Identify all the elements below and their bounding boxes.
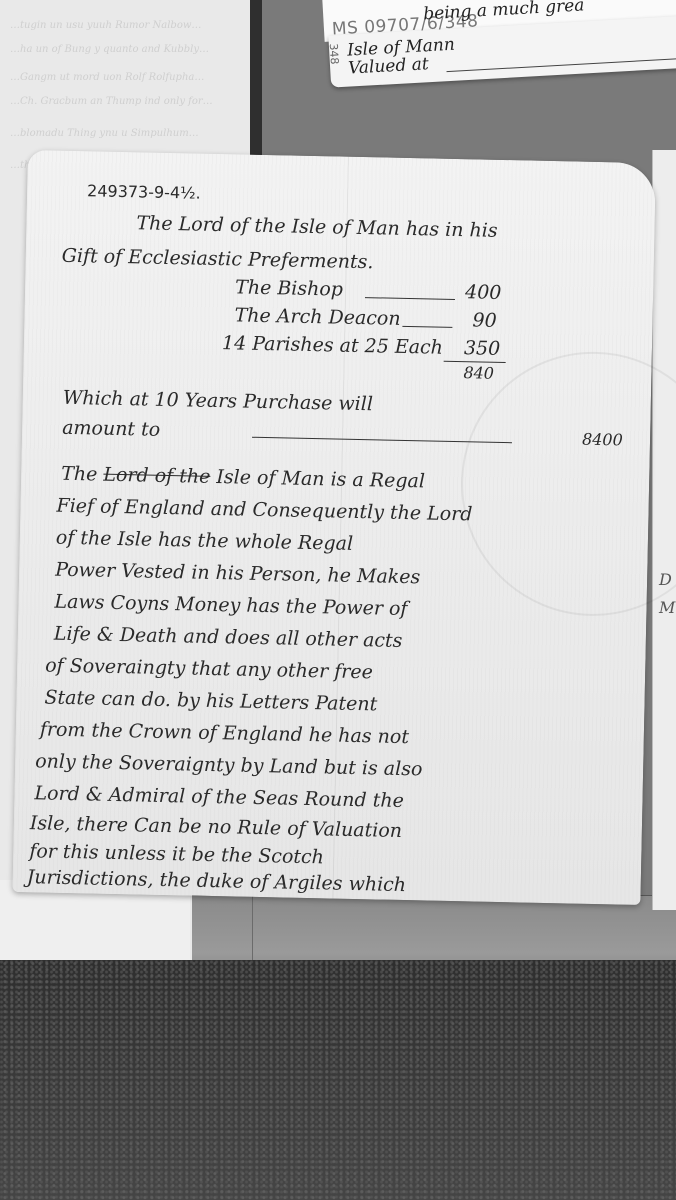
body-line: Isle, there Can be no Rule of Valuation <box>30 812 403 842</box>
body-line: from the Crown of England he has not <box>40 718 410 748</box>
faint-text-line: …blomadu Thing ynu u Simpulhum… <box>10 128 199 139</box>
leader-line <box>402 326 452 328</box>
slip-side-number: 348 <box>327 43 341 65</box>
reference-number: 249373-9-4½. <box>87 181 201 202</box>
purchase-line: amount to <box>62 417 160 441</box>
body-line: Jurisdictions, the duke of Argiles which <box>27 866 407 896</box>
purchase-line: Which at 10 Years Purchase will <box>63 387 374 415</box>
preferment-label: The Arch Deacon <box>234 304 400 329</box>
preferment-amount: 400 <box>465 281 502 304</box>
body-line: for this unless it be the Scotch <box>29 840 324 868</box>
carpet-background <box>0 960 676 1200</box>
heading-line: Gift of Ecclesiastic Preferments. <box>62 245 374 274</box>
page-fragment: M <box>659 598 675 617</box>
faint-text-line: …tugin un usu yuuh Rumor Nalbow… <box>10 20 201 31</box>
body-line: of the Isle has the whole Regal <box>56 527 354 555</box>
body-line: Life & Death and does all other acts <box>54 623 403 652</box>
subtotal: 840 <box>463 363 494 383</box>
watermark-seal <box>458 349 676 618</box>
preferment-amount: 350 <box>464 337 501 360</box>
body-line: Lord & Admiral of the Seas Round the <box>34 782 404 812</box>
heading-line: The Lord of the Isle of Man has in his <box>136 212 498 242</box>
body-line: Fief of England and Consequently the Lor… <box>56 495 472 526</box>
faint-text-line: …ha un of Bung y quanto and Kubbly… <box>10 44 209 55</box>
faint-text-line: …Ch. Gracbum an Thump ind only for… <box>10 96 213 107</box>
body-line: State can do. by his Letters Patent <box>44 686 377 715</box>
body-word: The <box>61 463 98 486</box>
struck-text: Lord of the <box>103 464 210 488</box>
preferment-label: The Bishop <box>235 276 343 300</box>
body-line: of Soveraingty that any other free <box>45 654 373 683</box>
faint-text-line: …Gangm ut mord uon Rolf Rolfupha… <box>10 72 204 83</box>
body-line: The Lord of the Isle of Man is a Regal <box>61 463 425 493</box>
body-line: Power Vested in his Person, he Makes <box>55 559 421 589</box>
purchase-total: 8400 <box>582 430 623 450</box>
preferment-amount: 90 <box>472 309 497 332</box>
body-word: Isle of Man is a Regal <box>216 466 425 492</box>
preferment-label: 14 Parishes at 25 Each <box>222 332 443 359</box>
body-line: Laws Coyns Money has the Power of <box>54 591 407 620</box>
manuscript-page: 249373-9-4½. The Lord of the Isle of Man… <box>12 150 655 905</box>
body-line: only the Soveraignty by Land but is also <box>35 750 423 780</box>
leader-line <box>365 297 455 300</box>
